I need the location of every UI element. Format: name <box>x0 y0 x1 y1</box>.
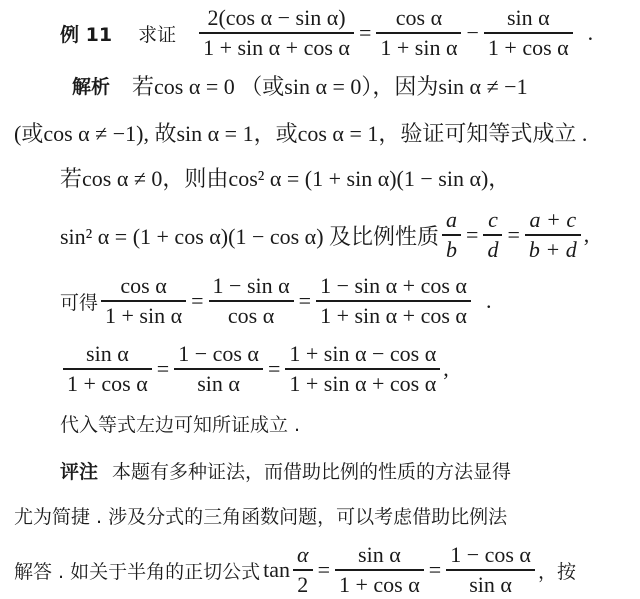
analysis-line-4: sin² α = (1 + cos α)(1 − cos α) 及比例性质 a … <box>60 204 589 266</box>
analysis-line-3: 若cos α ≠ 0，则由cos² α = (1 + sin α)(1 − si… <box>60 162 510 192</box>
comment-line-1: 评注 本题有多种证法，而借助比例的性质的方法显得 <box>60 455 511 485</box>
example-statement: 例 11 求证 2(cos α − sin α) 1 + sin α + cos… <box>60 2 593 64</box>
lhs-fraction: 2(cos α − sin α) 1 + sin α + cos α <box>199 4 354 61</box>
comment-line-3: 解答 . 如关于半角的正切公式 tan α2 = sin α1 + cos α … <box>14 540 576 599</box>
analysis-label: 解析 <box>72 72 110 99</box>
conclusion: 代入等式左边可知所证成立 . <box>60 408 300 438</box>
comment-line-2: 尤为简捷 . 涉及分式的三角函数问题，可以考虑借助比例法 <box>14 500 507 530</box>
rhs-fraction-1: cos α 1 + sin α <box>376 4 461 61</box>
equation-1: 可得 cos α1 + sin α = 1 − sin αcos α = 1 −… <box>60 270 491 332</box>
equation-2: sin α1 + cos α = 1 − cos αsin α = 1 + si… <box>60 338 449 400</box>
prop-fraction-sum: a + c b + d <box>525 206 581 263</box>
analysis-text: 若cos α = 0 （或sin α = 0），因为sin α ≠ −1 <box>132 70 528 101</box>
comment-label: 评注 <box>60 457 98 484</box>
rhs-fraction-2: sin α 1 + cos α <box>484 4 573 61</box>
prove-verb: 求证 <box>138 20 176 47</box>
analysis-line-2: (或cos α ≠ −1), 故sin α = 1，或cos α = 1，验证可… <box>14 117 587 147</box>
example-label: 例 11 <box>60 20 112 47</box>
prop-fraction-cd: c d <box>483 206 502 263</box>
analysis-line-1: 解析 若cos α = 0 （或sin α = 0），因为sin α ≠ −1 <box>72 70 528 100</box>
prop-fraction-ab: a b <box>442 206 461 263</box>
